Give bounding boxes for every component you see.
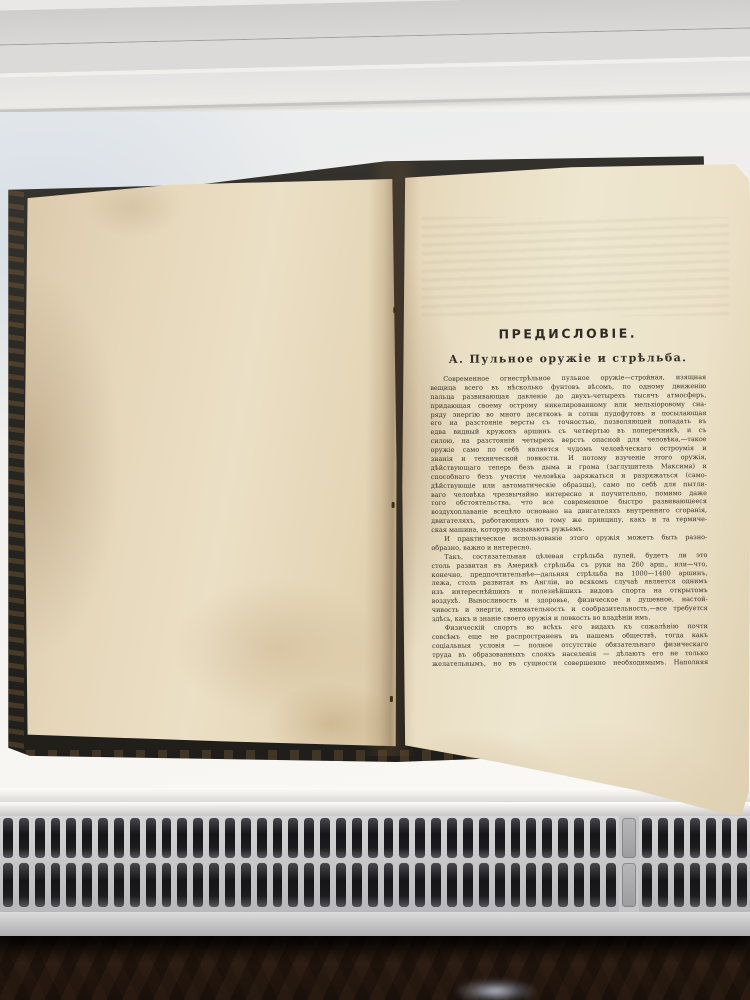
radiator-slot xyxy=(606,818,616,858)
radiator-fin xyxy=(587,816,603,912)
radiator-fin xyxy=(555,816,571,912)
radiator-slot xyxy=(399,863,409,907)
radiator-slot xyxy=(352,863,362,907)
radiator-slot xyxy=(162,818,172,858)
radiator-slot xyxy=(304,863,314,907)
radiator-slot xyxy=(737,863,747,907)
radiator xyxy=(0,804,750,952)
radiator-slot xyxy=(722,818,732,858)
radiator-slot xyxy=(526,863,536,907)
radiator-slot xyxy=(352,818,362,858)
radiator-slot xyxy=(98,818,108,858)
radiator-slot xyxy=(336,818,346,858)
radiator-fin xyxy=(317,816,333,912)
radiator-top-lip xyxy=(0,804,750,816)
radiator-slot xyxy=(415,863,425,907)
radiator-slot xyxy=(658,863,668,907)
radiator-slot xyxy=(658,818,668,858)
radiator-slot xyxy=(558,818,568,858)
radiator-slot xyxy=(209,863,219,907)
radiator-slot xyxy=(177,863,187,907)
radiator-slot xyxy=(479,863,489,907)
radiator-fin xyxy=(111,816,127,912)
radiator-slot xyxy=(35,863,45,907)
radiator-fin xyxy=(444,816,460,912)
radiator-slot xyxy=(368,863,378,907)
radiator-slot xyxy=(51,818,61,858)
radiator-fin xyxy=(301,816,317,912)
radiator-slot xyxy=(82,863,92,907)
radiator-slot xyxy=(320,863,330,907)
radiator-slot xyxy=(304,818,314,858)
radiator-fin xyxy=(79,816,95,912)
radiator-slot xyxy=(399,818,409,858)
radiator-slot xyxy=(415,818,425,858)
radiator-slot xyxy=(511,818,521,858)
radiator-slot xyxy=(447,863,457,907)
windowsill-front-edge xyxy=(0,788,750,802)
radiator-fin xyxy=(206,816,222,912)
radiator-fin xyxy=(95,816,111,912)
radiator-slot xyxy=(273,863,283,907)
radiator-fin xyxy=(48,816,64,912)
radiator-slot xyxy=(622,818,637,858)
radiator-fin xyxy=(174,816,190,912)
radiator-slot xyxy=(542,863,552,907)
radiator-slot xyxy=(66,863,76,907)
radiator-fin xyxy=(0,816,16,912)
radiator-fin xyxy=(671,816,687,912)
radiator-slot xyxy=(495,818,505,858)
radiator-slot xyxy=(479,818,489,858)
radiator-slot xyxy=(130,818,140,858)
radiator-slot xyxy=(590,863,600,907)
radiator-slot xyxy=(622,863,637,907)
radiator-slot xyxy=(642,863,652,907)
radiator-slot xyxy=(241,863,251,907)
radiator-slot xyxy=(35,818,45,858)
radiator-slot xyxy=(606,863,616,907)
radiator-slot xyxy=(511,863,521,907)
radiator-slot xyxy=(146,818,156,858)
radiator-slot xyxy=(706,863,716,907)
radiator-fin xyxy=(523,816,539,912)
radiator-fin xyxy=(703,816,719,912)
radiator-slot xyxy=(241,818,251,858)
radiator-slot xyxy=(495,863,505,907)
radiator-fin xyxy=(190,816,206,912)
radiator-slot xyxy=(431,863,441,907)
radiator-slot xyxy=(447,818,457,858)
radiator-slot xyxy=(526,818,536,858)
radiator-slot xyxy=(320,818,330,858)
radiator-slot xyxy=(288,863,298,907)
radiator-slot xyxy=(225,818,235,858)
radiator-fin xyxy=(428,816,444,912)
radiator-slot xyxy=(674,818,684,858)
radiator-slot xyxy=(19,818,29,858)
radiator-fin xyxy=(460,816,476,912)
radiator-fin xyxy=(127,816,143,912)
radiator-slot xyxy=(288,818,298,858)
radiator-slot xyxy=(558,863,568,907)
radiator-slot xyxy=(225,863,235,907)
radiator-fin xyxy=(476,816,492,912)
radiator-slot xyxy=(384,863,394,907)
radiator-fin xyxy=(63,816,79,912)
radiator-fin xyxy=(508,816,524,912)
radiator-slot xyxy=(114,863,124,907)
radiator-fin xyxy=(639,816,655,912)
radiator-slot xyxy=(193,818,203,858)
radiator-fin xyxy=(381,816,397,912)
radiator-slot xyxy=(722,863,732,907)
radiator-fin xyxy=(238,816,254,912)
radiator-slot xyxy=(209,818,219,858)
radiator-slot xyxy=(66,818,76,858)
radiator-fin xyxy=(412,816,428,912)
radiator-slot xyxy=(177,818,187,858)
radiator-fin xyxy=(32,816,48,912)
radiator-fin xyxy=(492,816,508,912)
radiator-fin xyxy=(254,816,270,912)
radiator-slot xyxy=(82,818,92,858)
radiator-slot xyxy=(3,863,13,907)
radiator-fin xyxy=(365,816,381,912)
radiator-slot xyxy=(574,818,584,858)
radiator-slot xyxy=(146,863,156,907)
radiator-fin xyxy=(16,816,32,912)
radiator-slot xyxy=(642,818,652,858)
photo-book-on-windowsill: ПРЕДИСЛОВІЕ. А. Пульное оружіе и стрѣльб… xyxy=(0,0,750,1000)
radiator-slot xyxy=(114,818,124,858)
windowsill xyxy=(0,112,750,812)
radiator-slot xyxy=(336,863,346,907)
radiator-slot xyxy=(431,818,441,858)
radiator-slot xyxy=(590,818,600,858)
radiator-slot xyxy=(706,818,716,858)
radiator-slot xyxy=(98,863,108,907)
radiator-fin xyxy=(396,816,412,912)
radiator-fin xyxy=(734,816,750,912)
radiator-slot xyxy=(193,863,203,907)
radiator-fin xyxy=(619,816,640,912)
radiator-slot xyxy=(19,863,29,907)
radiator-slot xyxy=(162,863,172,907)
radiator-slot xyxy=(674,863,684,907)
radiator-fin xyxy=(159,816,175,912)
radiator-fin xyxy=(603,816,619,912)
radiator-slot xyxy=(384,818,394,858)
radiator-slot xyxy=(542,818,552,858)
radiator-fin xyxy=(270,816,286,912)
radiator-front-band xyxy=(0,912,750,936)
radiator-fin xyxy=(655,816,671,912)
radiator-fin xyxy=(333,816,349,912)
radiator-slot xyxy=(130,863,140,907)
radiator-fin xyxy=(719,816,735,912)
radiator-slot xyxy=(463,818,473,858)
radiator-slot xyxy=(3,818,13,858)
radiator-fin xyxy=(349,816,365,912)
radiator-slot xyxy=(690,818,700,858)
radiator-slot xyxy=(273,818,283,858)
radiator-slot xyxy=(574,863,584,907)
radiator-fin xyxy=(571,816,587,912)
radiator-fin xyxy=(539,816,555,912)
radiator-slot xyxy=(737,818,747,858)
radiator-slot xyxy=(257,863,267,907)
radiator-slot xyxy=(368,818,378,858)
radiator-fin xyxy=(143,816,159,912)
floor-highlight xyxy=(452,978,538,1000)
radiator-slot xyxy=(690,863,700,907)
radiator-fin xyxy=(687,816,703,912)
radiator-slot xyxy=(51,863,61,907)
radiator-slot xyxy=(257,818,267,858)
radiator-fin xyxy=(285,816,301,912)
radiator-grille xyxy=(0,816,750,912)
radiator-slot xyxy=(463,863,473,907)
radiator-fin xyxy=(222,816,238,912)
